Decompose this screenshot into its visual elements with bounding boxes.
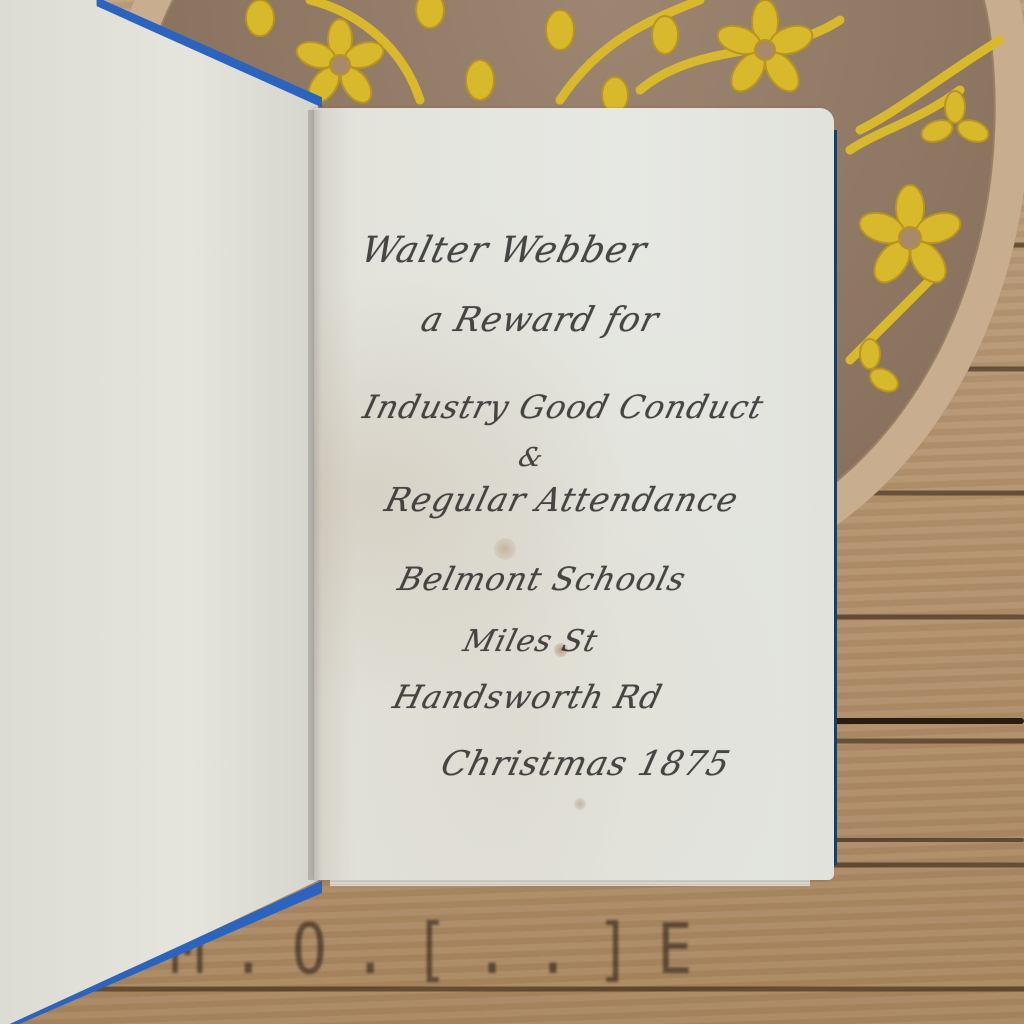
inscribed-flyleaf: Walter Webber a Reward for Industry Good… bbox=[314, 108, 834, 880]
inscription-line: Miles St bbox=[460, 624, 602, 659]
inscription-date: Christmas 1875 bbox=[437, 744, 734, 784]
inscription-line: a Reward for bbox=[417, 300, 663, 340]
inscription-line: Handsworth Rd bbox=[389, 678, 666, 716]
inscription-line: Regular Attendance bbox=[381, 480, 743, 519]
inscription-line: & bbox=[515, 443, 547, 473]
left-endpaper bbox=[0, 0, 318, 1024]
handwritten-inscription: Walter Webber a Reward for Industry Good… bbox=[314, 108, 834, 880]
inscription-line: Industry Good Conduct bbox=[359, 388, 768, 426]
book-gutter bbox=[308, 110, 322, 880]
inscription-line: Belmont Schools bbox=[394, 560, 690, 598]
inscription-recipient: Walter Webber bbox=[357, 230, 651, 271]
